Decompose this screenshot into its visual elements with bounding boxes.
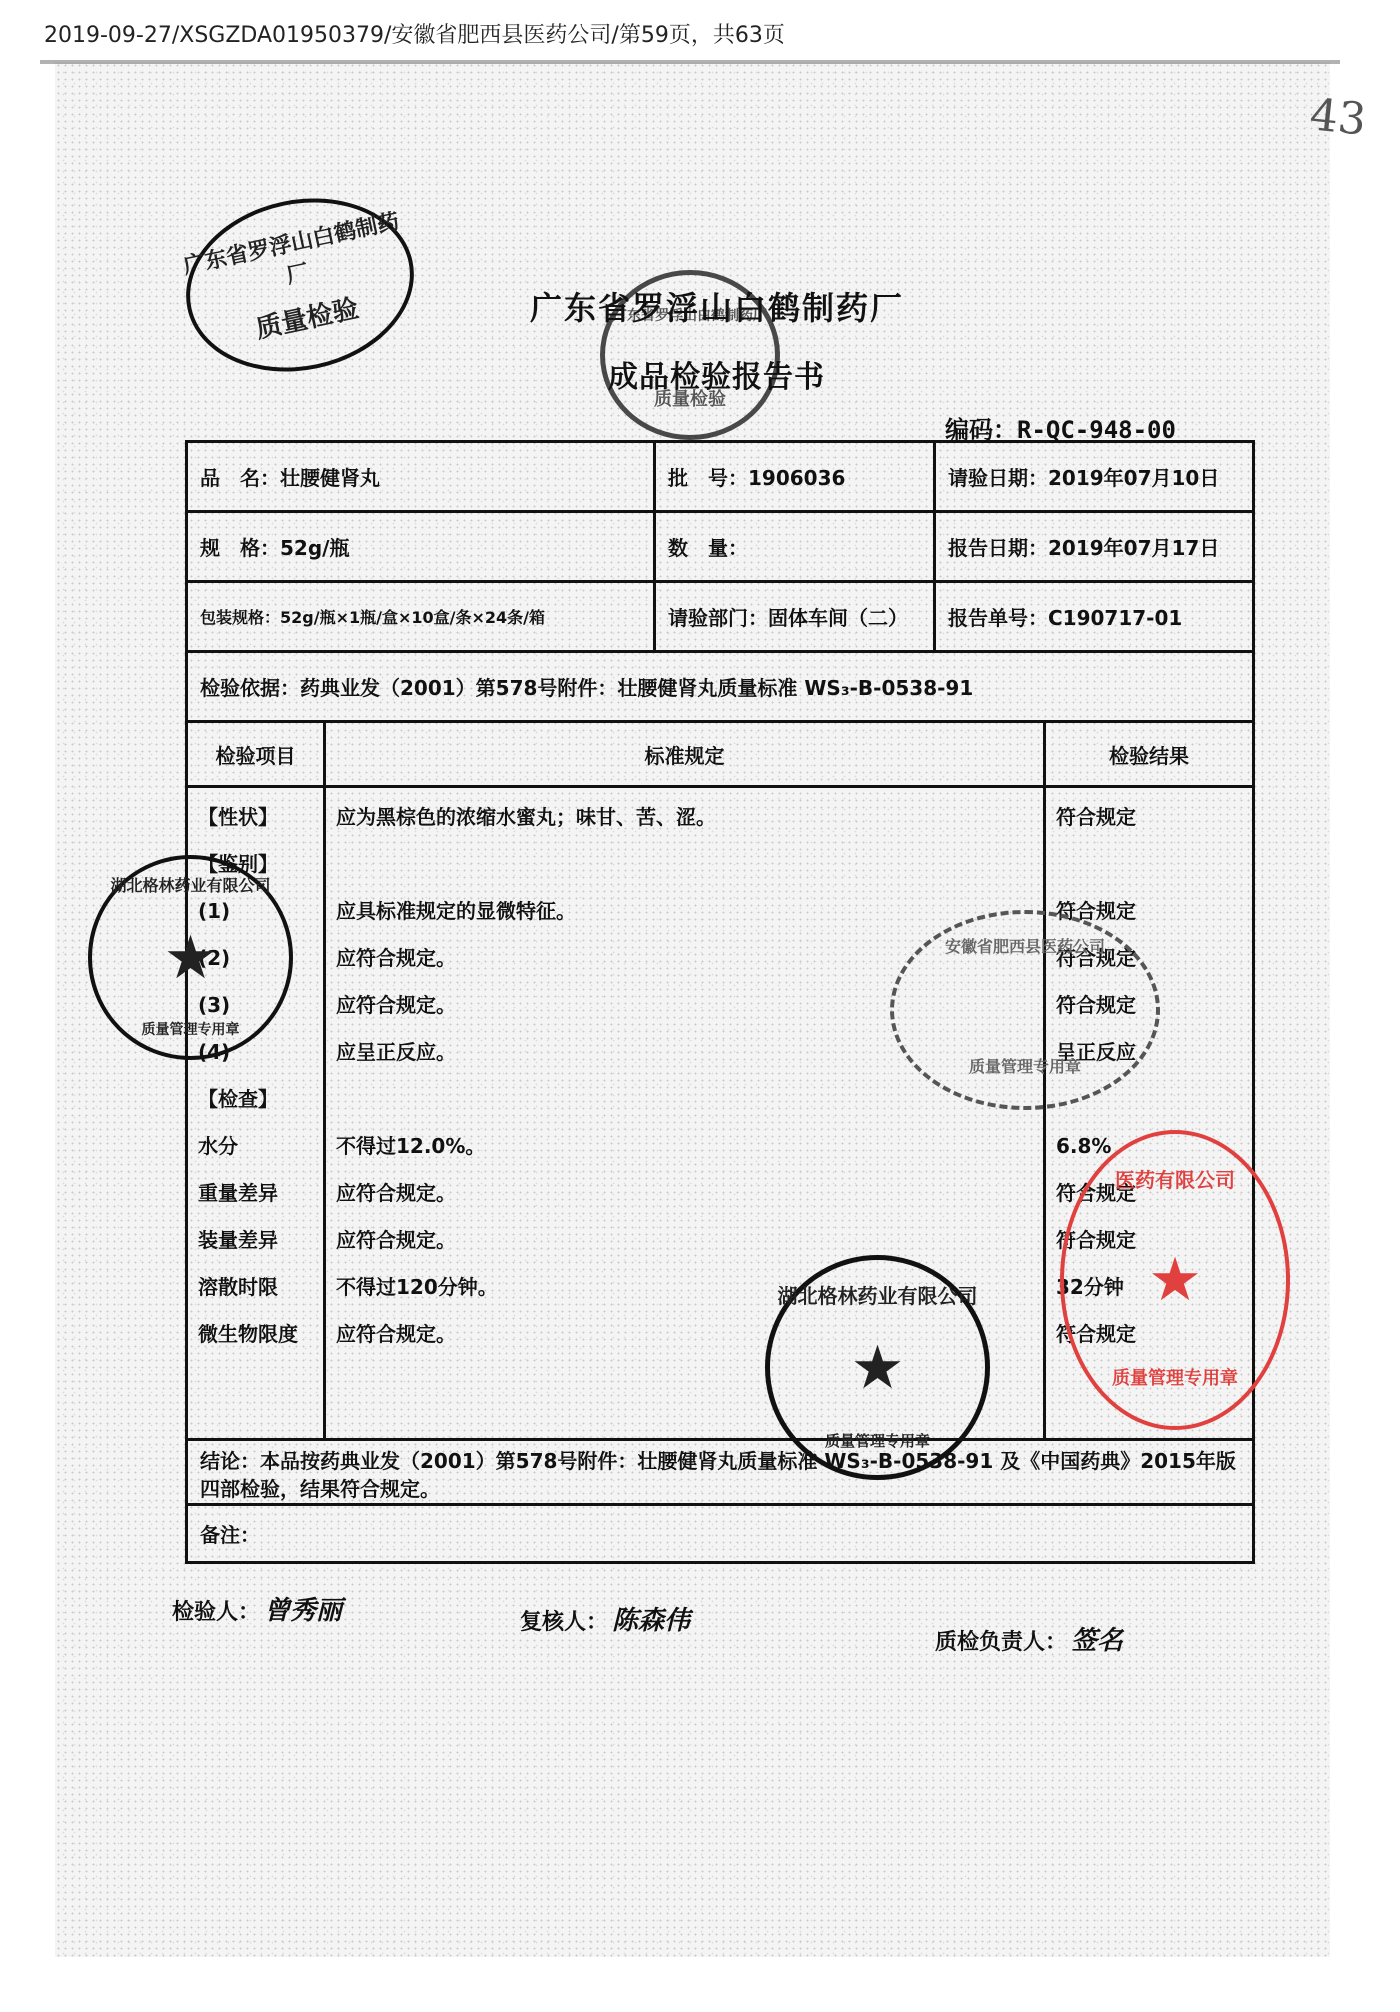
hubei-left-stamp: 湖北格林药业有限公司 ★ 质量管理专用章 [88,855,293,1060]
header-result: 检验结果 [1043,723,1252,785]
reviewer-label: 复核人： [520,1610,608,1635]
test-standard [326,1084,1043,1131]
test-standard [326,849,1043,896]
header-item: 检验项目 [188,723,323,785]
star-icon: ★ [851,1333,905,1403]
inspector-sig: 曾秀丽 [264,1596,342,1626]
packaging-spec: 包装规格：52g/瓶×1瓶/盒×10盒/条×24条/箱 [188,583,653,650]
test-result [1046,849,1252,896]
request-date: 请验日期：2019年07月10日 [933,443,1252,510]
company-title: 广东省罗浮山白鹤制药厂 [530,283,904,329]
qc-head-label: 质检负责人： [935,1630,1067,1655]
batch-number: 批 号：1906036 [653,443,933,510]
stamp-center-text: 质量管理专用章 [894,1054,1156,1077]
inspector-signature: 检验人：曾秀丽 [172,1590,342,1627]
conclusion-row: 结论：本品按药典业发（2001）第578号附件：壮腰健肾丸质量标准 WS₃-B-… [188,1441,1252,1506]
table-header-row: 检验项目 标准规定 检验结果 [188,723,1252,788]
test-standard: 应符合规定。 [326,1225,1043,1272]
test-item: 微生物限度 [188,1319,323,1366]
qc-head-signature: 质检负责人：签名 [935,1620,1123,1657]
stamp-arc-text: 湖北格林药业有限公司 [770,1280,985,1309]
info-row: 包装规格：52g/瓶×1瓶/盒×10盒/条×24条/箱 请验部门：固体车间（二）… [188,583,1252,653]
test-item: 【检查】 [188,1084,323,1131]
remarks-row: 备注： [188,1506,1252,1561]
inspector-label: 检验人： [172,1600,260,1625]
stamp-center-text: 质量管理专用章 [92,1019,289,1039]
test-standard: 不得过12.0%。 [326,1131,1043,1178]
document-header-line: 2019-09-27/XSGZDA01950379/安徽省肥西县医药公司/第59… [44,18,785,49]
hubei-bottom-stamp: 湖北格林药业有限公司 ★ 质量管理专用章 [765,1255,990,1480]
test-standard: 应符合规定。 [326,1178,1043,1225]
inspection-basis: 检验依据：药典业发（2001）第578号附件：壮腰健肾丸质量标准 WS₃-B-0… [188,653,1252,720]
star-icon: ★ [1148,1245,1202,1315]
quantity: 数 量： [653,513,933,580]
test-item: 重量差异 [188,1178,323,1225]
info-row: 规 格：52g/瓶 数 量： 报告日期：2019年07月17日 [188,513,1252,583]
test-result: 符合规定 [1046,802,1252,849]
anhui-faint-stamp: 安徽省肥西县医药公司 质量管理专用章 [890,910,1160,1110]
test-standard: 应为黑棕色的浓缩水蜜丸；味甘、苦、涩。 [326,802,1043,849]
stamp-center-text: 质量管理专用章 [770,1430,985,1451]
handwritten-page-number: 43 [1307,89,1368,146]
stamp-arc-text: 湖北格林药业有限公司 [92,873,289,896]
stamp-arc-text: 医药有限公司 [1064,1164,1286,1193]
test-item: 水分 [188,1131,323,1178]
report-number: 报告单号：C190717-01 [933,583,1252,650]
requesting-department: 请验部门：固体车间（二） [653,583,933,650]
page-top-edge [40,60,1340,64]
stamp-arc-text: 安徽省肥西县医药公司 [894,934,1156,957]
specification: 规 格：52g/瓶 [188,513,653,580]
star-icon: ★ [164,923,218,993]
header-standard: 标准规定 [323,723,1043,785]
remarks: 备注： [188,1506,272,1561]
stamp-center-text: 质量管理专用章 [1064,1364,1286,1390]
test-item: 【性状】 [188,802,323,849]
qc-head-sig: 签名 [1071,1626,1123,1656]
report-date: 报告日期：2019年07月17日 [933,513,1252,580]
reviewer-sig: 陈森伟 [612,1606,690,1636]
test-item: 溶散时限 [188,1272,323,1319]
product-name: 品 名：壮腰健肾丸 [188,443,653,510]
red-quality-seal: 医药有限公司 ★ 质量管理专用章 [1060,1130,1290,1430]
basis-row: 检验依据：药典业发（2001）第578号附件：壮腰健肾丸质量标准 WS₃-B-0… [188,653,1252,723]
info-row: 品 名：壮腰健肾丸 批 号：1906036 请验日期：2019年07月10日 [188,443,1252,513]
test-item: 装量差异 [188,1225,323,1272]
reviewer-signature: 复核人：陈森伟 [520,1600,690,1637]
report-title: 成品检验报告书 [608,352,825,396]
